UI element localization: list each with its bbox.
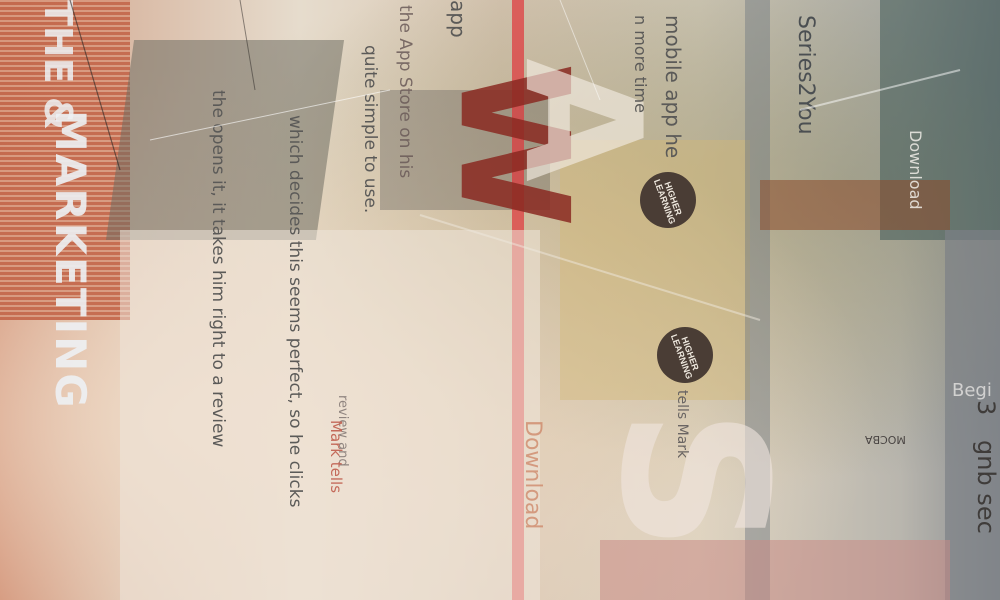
scratch-lines — [0, 0, 1000, 600]
collage-canvas: W A S MARKETING THE & the opens it, it t… — [0, 0, 1000, 600]
